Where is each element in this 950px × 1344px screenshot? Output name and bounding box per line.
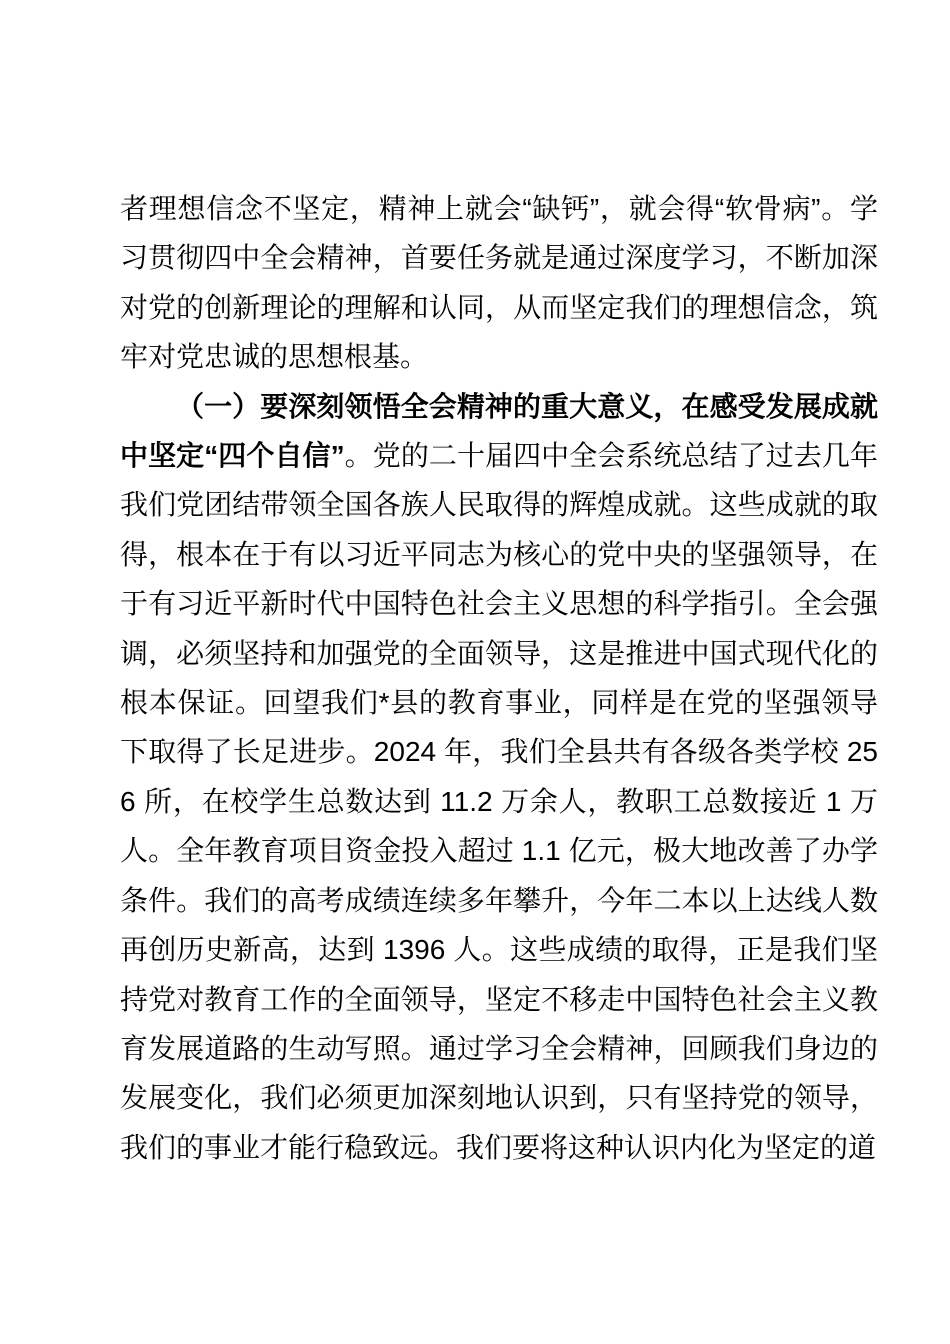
continuation-paragraph-text: 者理想信念不坚定，精神上就会“缺钙”，就会得“软骨病”。学习贯彻四中全会精神，首… xyxy=(120,193,878,372)
continuation-paragraph: 者理想信念不坚定，精神上就会“缺钙”，就会得“软骨病”。学习贯彻四中全会精神，首… xyxy=(120,184,878,382)
document-page: 者理想信念不坚定，精神上就会“缺钙”，就会得“软骨病”。学习贯彻四中全会精神，首… xyxy=(0,0,950,1344)
section-one-paragraph: （一）要深刻领悟全会精神的重大意义，在感受发展成就中坚定“四个自信”。党的二十届… xyxy=(120,382,878,1173)
section-one-body-text: 。党的二十届四中全会系统总结了过去几年我们党团结带领全国各族人民取得的辉煌成就。… xyxy=(120,440,878,1163)
